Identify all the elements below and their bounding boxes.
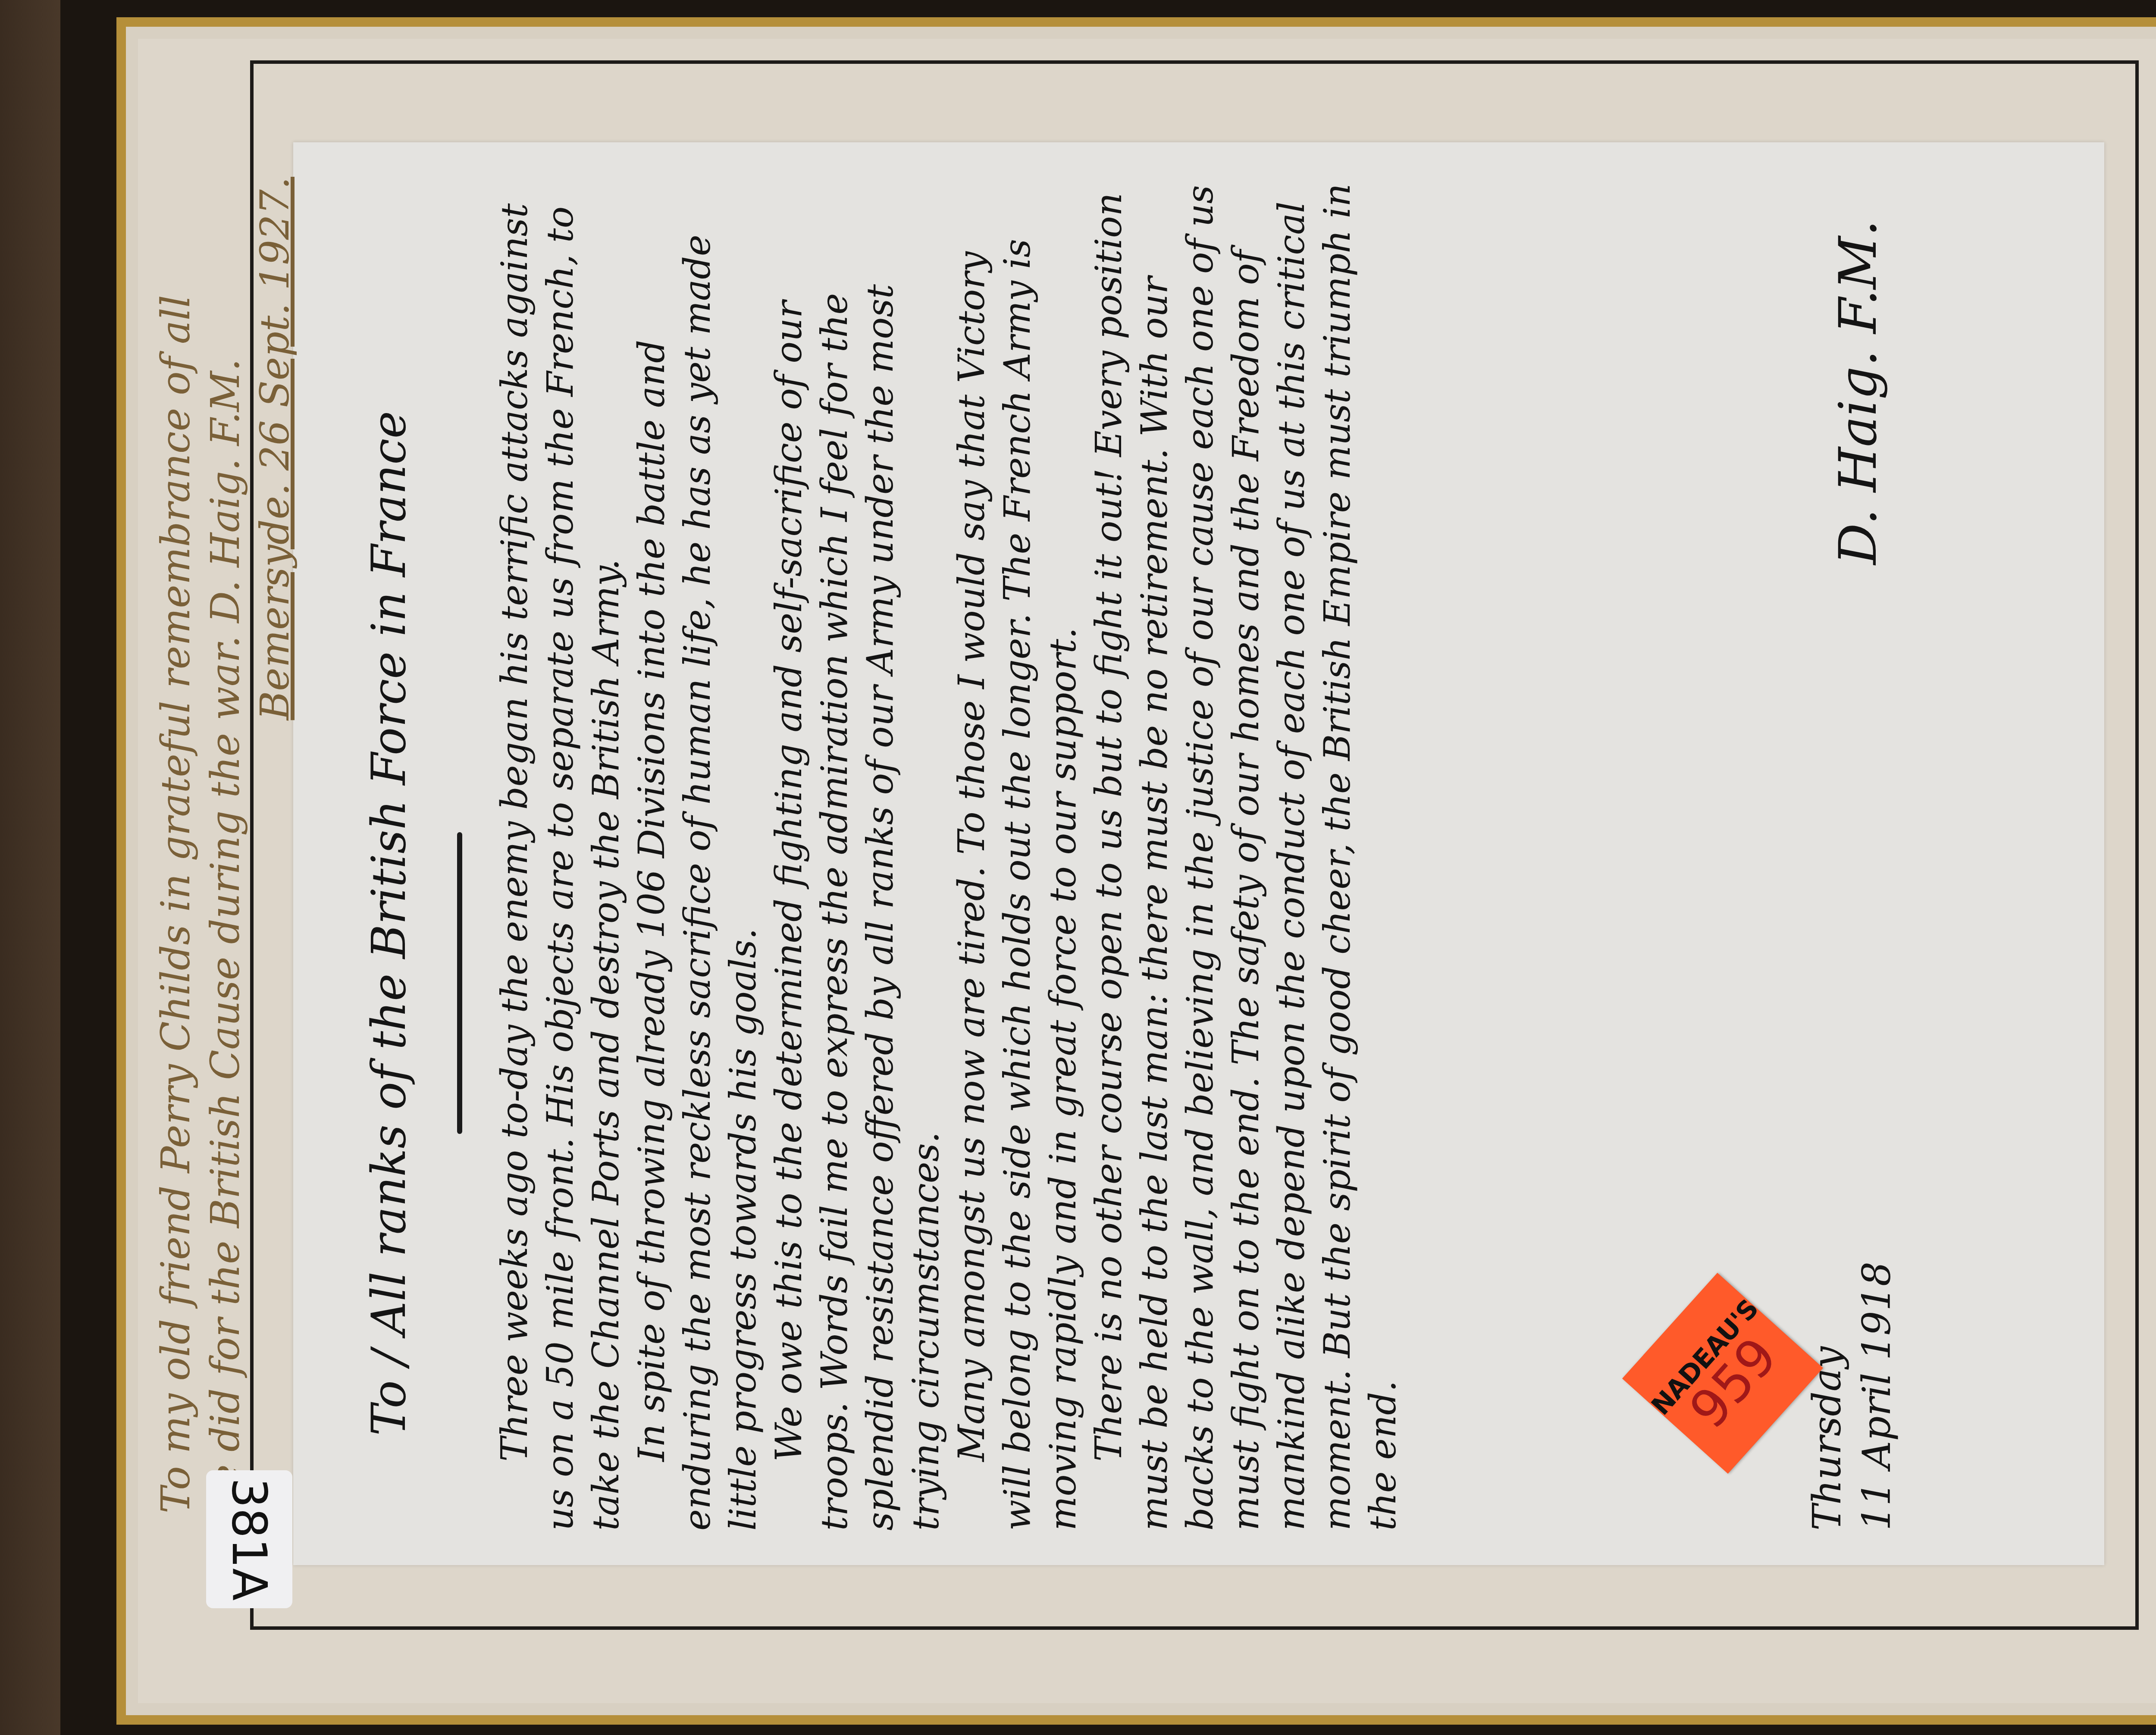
letter-heading: To / All ranks of the British Force in F… — [362, 185, 416, 1436]
paragraph: Three weeks ago to-day the enemy began h… — [492, 177, 629, 1531]
letter: To my old friend Perry Childs in gratefu… — [293, 142, 2104, 1565]
inventory-tag-label: 381A — [222, 1478, 277, 1600]
letter-body: Three weeks ago to-day the enemy began h… — [492, 177, 1406, 1531]
signature: D. Haig. F.M. — [1828, 220, 1888, 565]
dedication-line-1: To my old friend Perry Childs in gratefu… — [153, 295, 199, 1513]
paragraph: There is no other course open to us but … — [1086, 177, 1406, 1531]
letter-content: To my old friend Perry Childs in gratefu… — [293, 142, 2104, 1565]
inventory-tag: 381A — [206, 1470, 292, 1608]
paragraph: In spite of throwing already 106 Divisio… — [629, 177, 766, 1531]
heading-underline — [457, 832, 462, 1134]
letter-date: Thursday 11 April 1918 — [1802, 1262, 1902, 1531]
dedication-line-2: he did for the British Cause during the … — [202, 359, 248, 1513]
paragraph: Many amongst us now are tired. To those … — [949, 177, 1086, 1531]
dedication: To my old friend Perry Childs in gratefu… — [151, 177, 300, 1513]
paragraph: We owe this to the determined fighting a… — [766, 177, 949, 1531]
dedication-place-date: Bemersyde. 26 Sept. 1927. — [250, 177, 300, 1513]
date-day: 11 April 1918 — [1854, 1262, 1899, 1531]
